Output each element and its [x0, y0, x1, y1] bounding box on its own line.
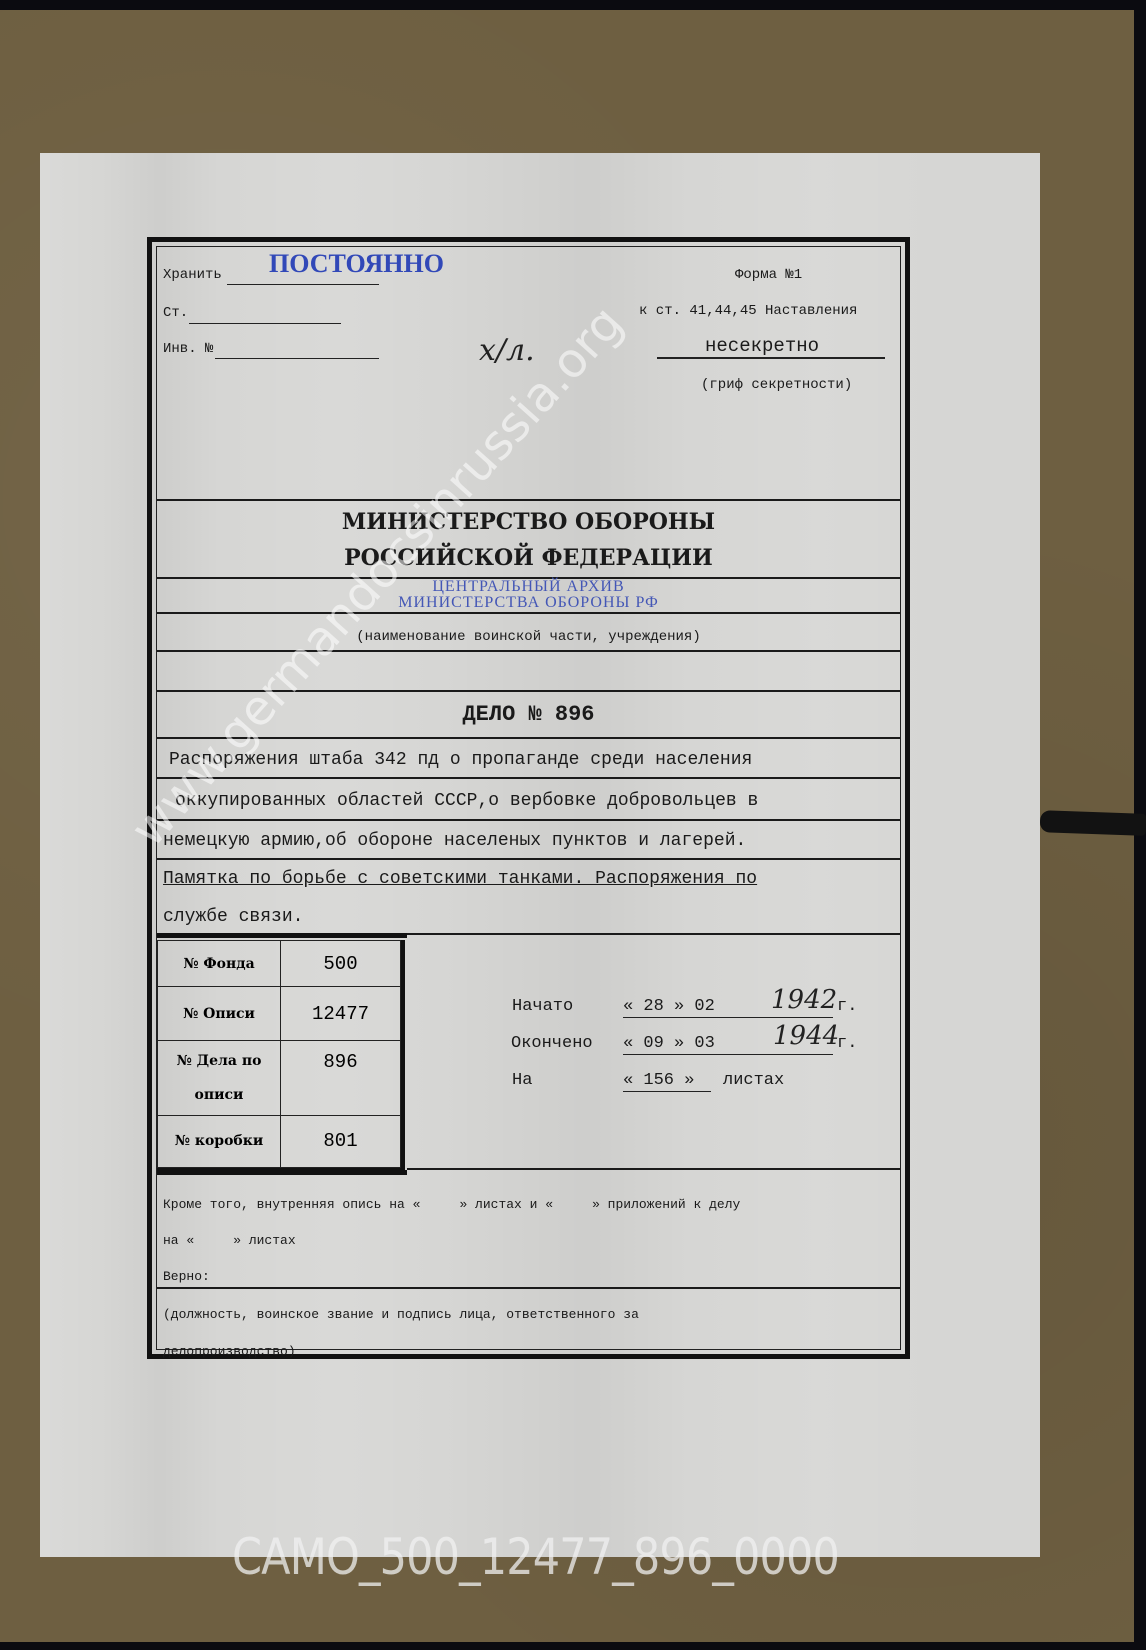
- opis-value: 12477: [281, 987, 401, 1041]
- inventory-line-1: Кроме того, внутренняя опись на « » лист…: [163, 1197, 740, 1212]
- start-year-suffix: г.: [837, 997, 857, 1016]
- start-underline: [623, 1017, 833, 1018]
- table-bottom-border: [157, 1170, 407, 1175]
- folder-strap: [1040, 810, 1146, 836]
- divider: [157, 1287, 900, 1289]
- divider: [407, 1168, 900, 1170]
- table-row: № Описи 12477: [158, 987, 401, 1041]
- verified-label: Верно:: [163, 1269, 210, 1284]
- archive-stamp-line-1: ЦЕНТРАЛЬНЫЙ АРХИВ: [157, 578, 900, 595]
- fond-label: № Фонда: [158, 941, 281, 987]
- st-underline: [189, 323, 341, 324]
- keep-underline: [227, 284, 379, 285]
- opis-label: № Описи: [158, 987, 281, 1041]
- case-description-line-2: оккупированных областей СССР,о вербовке …: [175, 791, 758, 811]
- classification-caption: (гриф секретности): [701, 377, 852, 393]
- end-label: Окончено: [511, 1034, 593, 1053]
- table-row: № Дела по описи 896: [158, 1041, 401, 1115]
- handwritten-note: х/л.: [479, 333, 535, 368]
- delo-label: № Дела по описи: [158, 1041, 281, 1115]
- file-id-caption: CAMO_500_12477_896_0000: [232, 1528, 839, 1586]
- inv-label: Инв. №: [163, 341, 213, 357]
- org-line-2: РОССИЙСКОЙ ФЕДЕРАЦИИ: [157, 545, 900, 571]
- archive-ids-table: № Фонда 500 № Описи 12477 № Дела по опис…: [157, 940, 405, 1172]
- classification: несекретно: [705, 335, 819, 357]
- end-year-suffix: г.: [837, 1034, 857, 1053]
- divider: [157, 612, 900, 614]
- table-top-border: [157, 933, 407, 938]
- divider: [157, 858, 900, 860]
- divider: [157, 819, 900, 821]
- keep-stamp: ПОСТОЯННО: [269, 249, 444, 279]
- signature-caption-line-1: (должность, воинское звание и подпись ли…: [163, 1307, 639, 1322]
- classification-underline: [657, 357, 885, 359]
- org-caption: (наименование воинской части, учреждения…: [157, 629, 900, 645]
- end-year: 1944: [773, 1021, 839, 1051]
- sheets-value: « 156 »: [623, 1071, 694, 1090]
- sheets-suffix: листах: [723, 1071, 784, 1090]
- box-label: № коробки: [158, 1115, 281, 1167]
- table-row: № Фонда 500: [158, 941, 401, 987]
- divider: [157, 777, 900, 779]
- keep-label: Хранить: [163, 267, 222, 283]
- end-date: « 09 » 03: [623, 1034, 715, 1053]
- case-description-line-5: службе связи.: [163, 907, 303, 927]
- st-label: Ст.: [163, 305, 188, 321]
- start-date: « 28 » 02: [623, 997, 715, 1016]
- archive-stamp-line-2: МИНИСТЕРСТВА ОБОРОНЫ РФ: [157, 594, 900, 611]
- sheets-underline: [623, 1091, 711, 1092]
- case-description-line-1: Распоряжения штаба 342 пд о пропаганде с…: [169, 750, 752, 770]
- inventory-line-2: на « » листах: [163, 1233, 296, 1248]
- case-description-line-3: немецкую армию,об обороне населеных пунк…: [163, 831, 746, 851]
- sheets-label: На: [512, 1071, 532, 1090]
- regulation-ref: к ст. 41,44,45 Наставления: [639, 303, 857, 319]
- divider: [407, 933, 900, 935]
- box-value: 801: [281, 1115, 401, 1167]
- divider: [157, 650, 900, 652]
- form-number: Форма №1: [735, 267, 802, 283]
- org-line-1: МИНИСТЕРСТВО ОБОРОНЫ: [157, 509, 900, 535]
- delo-value: 896: [281, 1041, 401, 1115]
- table-row: № коробки 801: [158, 1115, 401, 1167]
- divider: [157, 499, 900, 501]
- end-underline: [623, 1054, 833, 1055]
- fond-value: 500: [281, 941, 401, 987]
- start-year: 1942: [771, 985, 837, 1015]
- start-label: Начато: [512, 997, 573, 1016]
- inv-underline: [215, 358, 379, 359]
- signature-caption-line-2: делопроизводство): [163, 1344, 296, 1359]
- case-description-line-4: Памятка по борьбе с советскими танками. …: [163, 869, 757, 889]
